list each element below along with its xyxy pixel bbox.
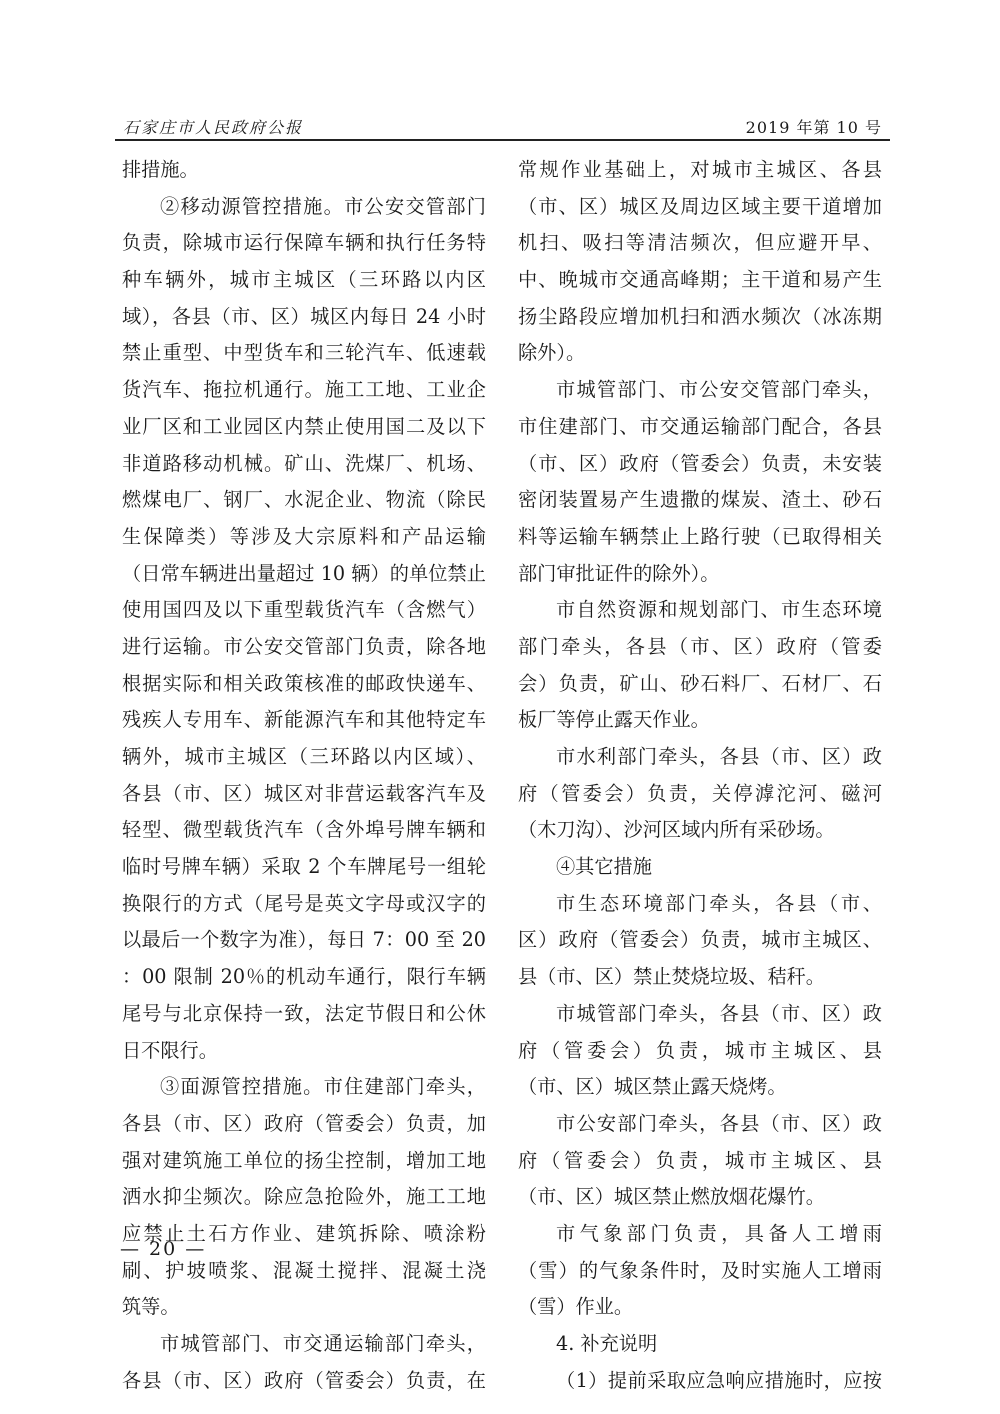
text-line: 排措施。 (122, 152, 486, 189)
text-line: 换限行的方式（尾号是英文字母或汉字的 (122, 886, 486, 923)
right-text-column: 常规作业基础上，对城市主城区、各县（市、区）城区及周边区域主要干道增加机扫、吸扫… (518, 152, 882, 1399)
text-line: （市、区）政府（管委会）负责，未安装 (518, 446, 882, 483)
text-line: 市城管部门、市交通运输部门牵头， (122, 1326, 486, 1363)
text-line: 板厂等停止露天作业。 (518, 702, 882, 739)
text-line: （市、区）城区及周边区域主要干道增加 (518, 189, 882, 226)
text-line: 货汽车、拖拉机通行。施工工地、工业企 (122, 372, 486, 409)
text-line: 辆外，城市主城区（三环路以内区域）、 (122, 739, 486, 776)
text-line: 区）政府（管委会）负责，城市主城区、 (518, 922, 882, 959)
text-line: 市生态环境部门牵头，各县（市、 (518, 886, 882, 923)
text-line: 业厂区和工业园区内禁止使用国二及以下 (122, 409, 486, 446)
text-line: 强对建筑施工单位的扬尘控制，增加工地 (122, 1143, 486, 1180)
text-line: ：00 限制 20％的机动车通行，限行车辆 (122, 959, 486, 996)
text-line: 市城管部门、市公安交管部门牵头， (518, 372, 882, 409)
text-line: 燃煤电厂、钢厂、水泥企业、物流（除民 (122, 482, 486, 519)
text-line: 县（市、区）禁止焚烧垃圾、秸秆。 (518, 959, 882, 996)
text-line: 筑等。 (122, 1289, 486, 1326)
text-line: （雪）作业。 (518, 1289, 882, 1326)
text-line: 常规作业基础上，对城市主城区、各县 (518, 152, 882, 189)
text-line: 使用国四及以下重型载货汽车（含燃气） (122, 592, 486, 629)
text-line: 4. 补充说明 (518, 1326, 882, 1363)
text-line: 机扫、吸扫等清洁频次，但应避开早、 (518, 225, 882, 262)
text-line: ②移动源管控措施。市公安交管部门 (122, 189, 486, 226)
page-number: — 20 — (120, 1238, 206, 1260)
text-line: 会）负责，矿山、砂石料厂、石材厂、石 (518, 666, 882, 703)
text-line: 以最后一个数字为准），每日 7：00 至 20 (122, 922, 486, 959)
running-header: 石家庄市人民政府公报 2019 年第 10 号 (115, 113, 890, 141)
text-line: ④其它措施 (518, 849, 882, 886)
text-line: 府（管委会）负责，城市主城区、县 (518, 1143, 882, 1180)
text-line: 日不限行。 (122, 1033, 486, 1070)
text-line: 残疾人专用车、新能源汽车和其他特定车 (122, 702, 486, 739)
text-line: （1）提前采取应急响应措施时，应按 (518, 1363, 882, 1400)
text-line: 市气象部门负责，具备人工增雨 (518, 1216, 882, 1253)
text-line: 密闭装置易产生遗撒的煤炭、渣土、砂石 (518, 482, 882, 519)
text-line: 域），各县（市、区）城区内每日 24 小时 (122, 299, 486, 336)
text-line: （雪）的气象条件时，及时实施人工增雨 (518, 1253, 882, 1290)
text-line: 扬尘路段应增加机扫和洒水频次（冰冻期 (518, 299, 882, 336)
text-line: 生保障类）等涉及大宗原料和产品运输 (122, 519, 486, 556)
text-line: 负责，除城市运行保障车辆和执行任务特 (122, 225, 486, 262)
text-line: 市公安部门牵头，各县（市、区）政 (518, 1106, 882, 1143)
text-line: 种车辆外，城市主城区（三环路以内区 (122, 262, 486, 299)
left-text-column: 排措施。②移动源管控措施。市公安交管部门负责，除城市运行保障车辆和执行任务特种车… (122, 152, 486, 1399)
text-line: （市、区）城区禁止露天烧烤。 (518, 1069, 882, 1106)
text-line: （市、区）城区禁止燃放烟花爆竹。 (518, 1179, 882, 1216)
issue-number: 2019 年第 10 号 (746, 115, 882, 138)
publication-title: 石家庄市人民政府公报 (123, 115, 303, 138)
text-line: 市自然资源和规划部门、市生态环境 (518, 592, 882, 629)
text-line: 轻型、微型载货汽车（含外埠号牌车辆和 (122, 812, 486, 849)
text-line: 除外）。 (518, 335, 882, 372)
text-line: 进行运输。市公安交管部门负责，除各地 (122, 629, 486, 666)
text-line: 府（管委会）负责，城市主城区、县 (518, 1033, 882, 1070)
text-line: 料等运输车辆禁止上路行驶（已取得相关 (518, 519, 882, 556)
text-line: 各县（市、区）城区对非营运载客汽车及 (122, 776, 486, 813)
text-line: 洒水抑尘频次。除应急抢险外，施工工地 (122, 1179, 486, 1216)
text-line: 中、晚城市交通高峰期；主干道和易产生 (518, 262, 882, 299)
text-line: 临时号牌车辆）采取 2 个车牌尾号一组轮 (122, 849, 486, 886)
text-line: 根据实际和相关政策核准的邮政快递车、 (122, 666, 486, 703)
text-line: （木刀沟）、沙河区域内所有采砂场。 (518, 812, 882, 849)
text-line: 市城管部门牵头，各县（市、区）政 (518, 996, 882, 1033)
text-line: 各县（市、区）政府（管委会）负责，加 (122, 1106, 486, 1143)
text-line: 部门牵头，各县（市、区）政府（管委 (518, 629, 882, 666)
text-line: 部门审批证件的除外）。 (518, 556, 882, 593)
text-line: 尾号与北京保持一致，法定节假日和公休 (122, 996, 486, 1033)
text-line: 禁止重型、中型货车和三轮汽车、低速载 (122, 335, 486, 372)
text-line: （日常车辆进出量超过 10 辆）的单位禁止 (122, 556, 486, 593)
text-line: 府（管委会）负责，关停滹沱河、磁河 (518, 776, 882, 813)
text-line: ③面源管控措施。市住建部门牵头， (122, 1069, 486, 1106)
text-line: 市住建部门、市交通运输部门配合，各县 (518, 409, 882, 446)
text-line: 各县（市、区）政府（管委会）负责，在 (122, 1363, 486, 1400)
text-line: 市水利部门牵头，各县（市、区）政 (518, 739, 882, 776)
text-line: 非道路移动机械。矿山、洗煤厂、机场、 (122, 446, 486, 483)
